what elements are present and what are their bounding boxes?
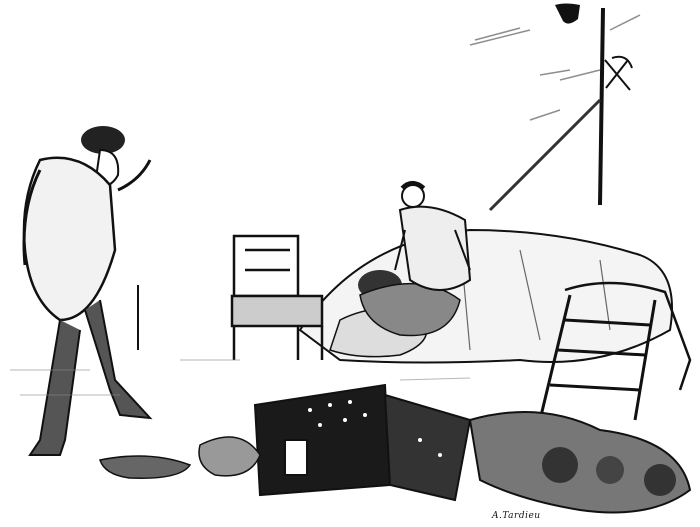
artist-signature: A.Tardieu	[492, 511, 541, 521]
open-chest	[255, 385, 470, 500]
bed	[300, 230, 672, 363]
standing-man	[24, 126, 150, 455]
engraving-illustration	[0, 0, 700, 527]
chair	[232, 236, 322, 360]
floor-hatching	[10, 360, 470, 395]
background-hatching	[470, 15, 640, 120]
